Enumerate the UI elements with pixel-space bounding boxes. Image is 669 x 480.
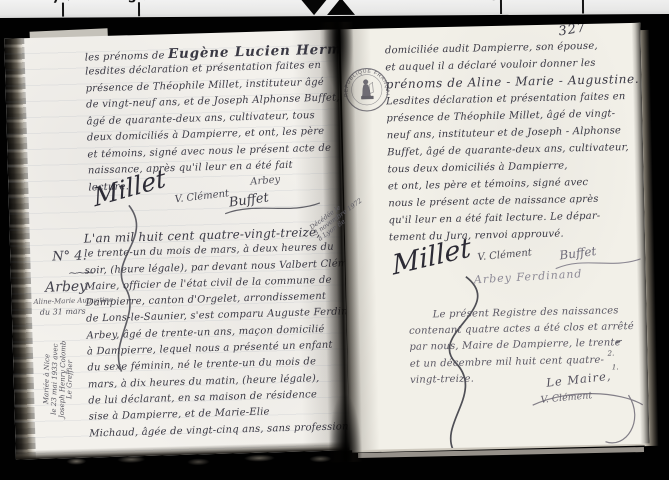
signature-arbey-ferdinand: Arbey Ferdinand <box>474 267 583 286</box>
film-ruler-strip: 7 ▽ 5 ▽ 5 ▽ 7 ▽ <box>0 0 669 18</box>
margin-surname: Arbey <box>45 279 87 296</box>
ruler-tick-label: 5 <box>128 0 136 5</box>
ruler-tick: 7 ▽ <box>52 0 74 18</box>
ruler-tick: 5 ▽ <box>128 0 150 17</box>
act1-intro: les prénoms de <box>85 50 165 63</box>
page-number: 327 <box>557 23 587 40</box>
register-right-page: 327 RÉPUBLIQUE FRANÇAISE domiciliée audi… <box>340 23 649 450</box>
ruler-tick-label: 5 <box>490 0 498 3</box>
ruler-arrow-icon: ▽ <box>65 0 72 3</box>
republique-francaise-stamp: RÉPUBLIQUE FRANÇAISE <box>343 66 390 113</box>
register-left-page: les prénoms de Eugène Lucien Herman lesd… <box>4 29 350 459</box>
ruler-tick-label: 7 <box>572 0 580 3</box>
ruler-tick-line <box>62 3 64 17</box>
right-page-lines: domiciliée audit Dampierre, son épouse,e… <box>385 37 643 246</box>
margin-act-number: N° 4. <box>52 249 87 265</box>
marginal-mention-marriage: Mariée à Nicele 23 mai 1933 avecJoseph H… <box>42 304 80 455</box>
ruler-tick-line <box>500 0 502 14</box>
signature-clement: V. Clément <box>477 247 532 263</box>
ruler-tick-label: 7 <box>52 0 60 6</box>
closing-signature: V. Clément <box>540 390 593 406</box>
signature-buffet: Buffet <box>559 244 597 263</box>
marianne-figure <box>361 80 373 100</box>
act2-lines: L'an mil huit cent quatre-vingt-treize,l… <box>84 223 350 442</box>
ruler-tick: 7 ▽ <box>572 0 594 15</box>
microfilm-scan: { "film_strip": { "ticks_left": [{"num":… <box>0 0 669 480</box>
alignment-triangle-icon <box>327 0 355 15</box>
ruler-tick-line <box>582 0 584 13</box>
ruler-tick: 5 ▽ <box>490 0 512 15</box>
register-closing-lines: Le présent Registre des naissancesconten… <box>409 303 649 389</box>
ruler-arrow-icon: ▽ <box>141 0 148 2</box>
ruler-tick-line <box>138 2 140 16</box>
alignment-triangle-icon <box>300 0 328 15</box>
